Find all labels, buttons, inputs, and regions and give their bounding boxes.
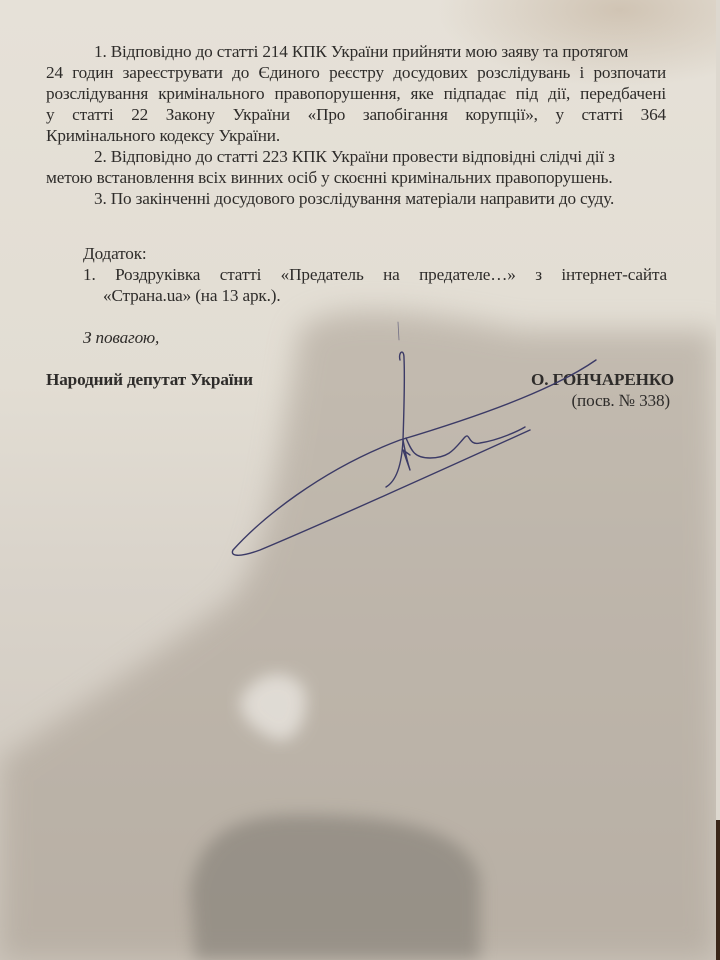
- handwritten-signature: [0, 0, 720, 960]
